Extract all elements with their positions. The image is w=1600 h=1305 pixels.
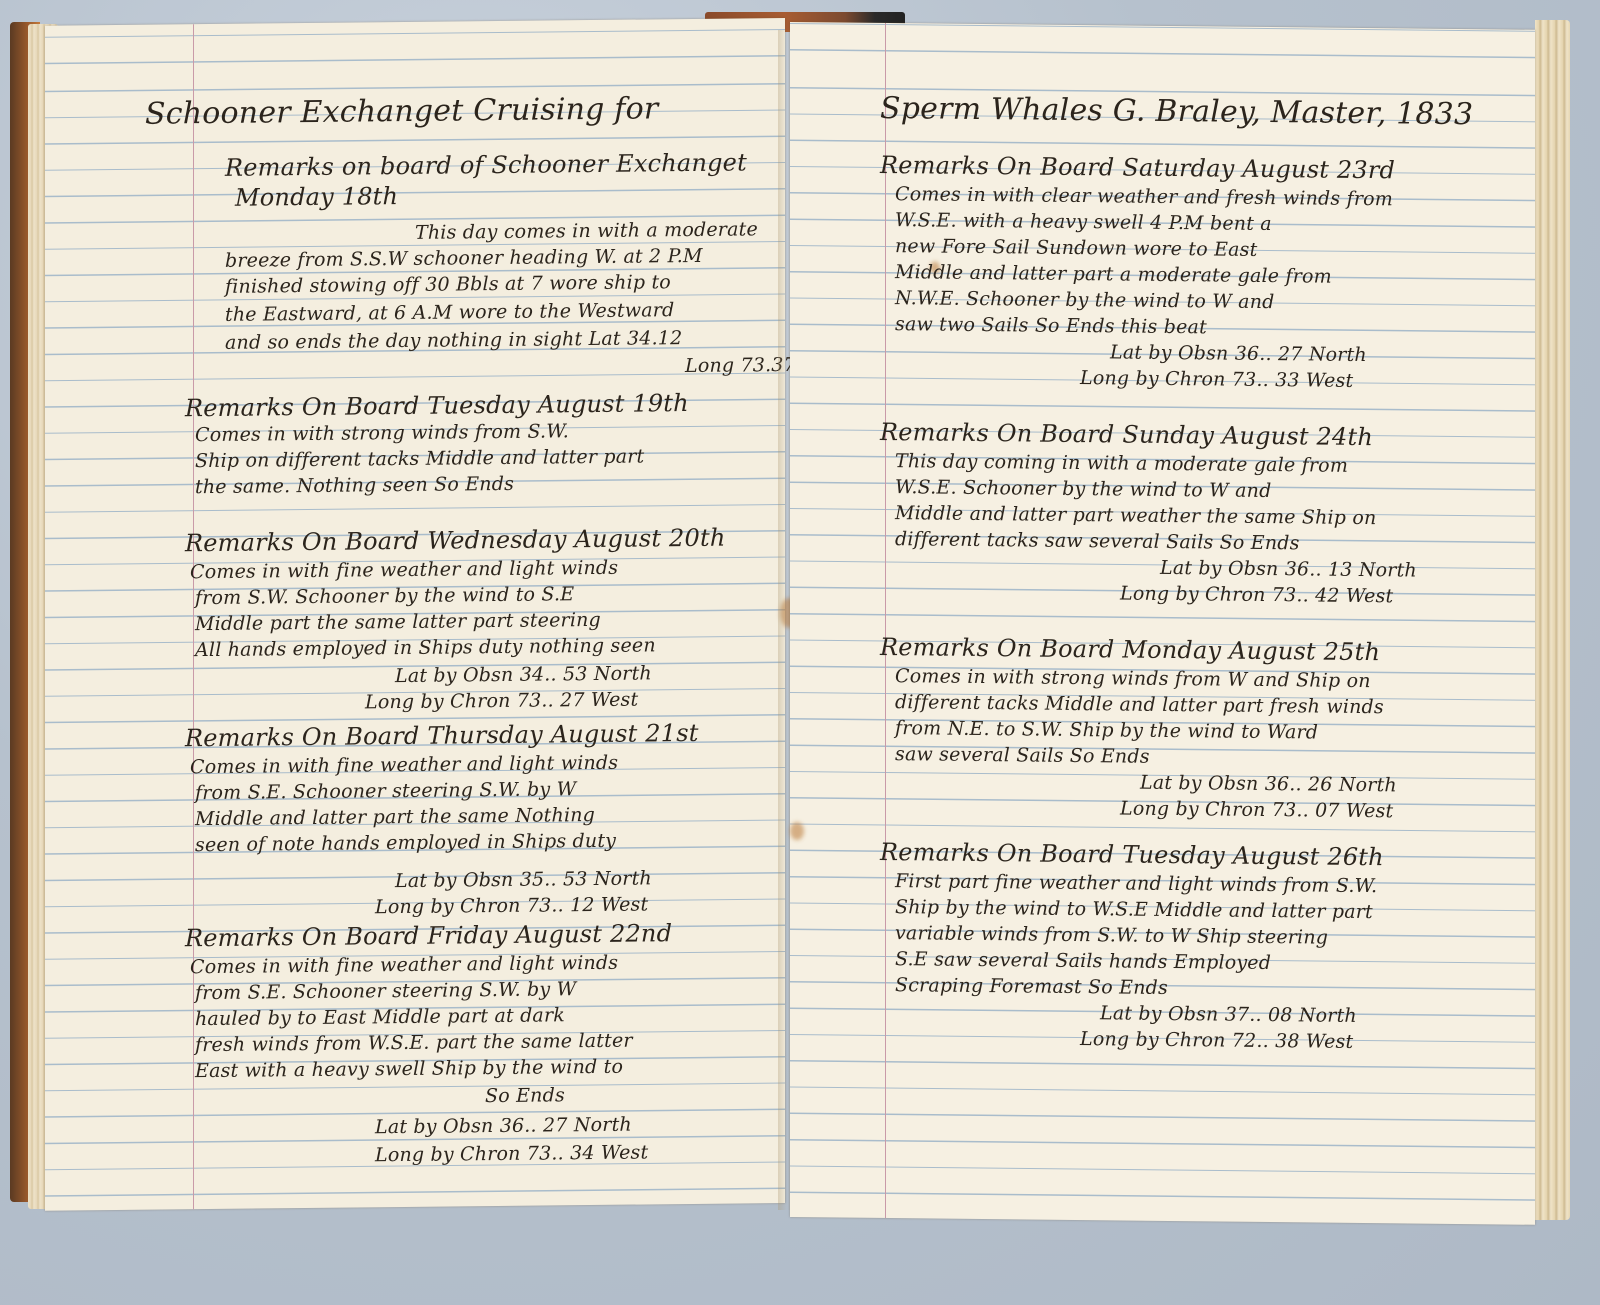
entry-line: seen of note hands employed in Ships dut… bbox=[195, 830, 616, 856]
entry-line: Comes in with clear weather and fresh wi… bbox=[895, 183, 1393, 210]
entry-heading: Remarks On Board Tuesday August 19th bbox=[185, 389, 689, 422]
entry-line: Comes in with fine weather and light win… bbox=[190, 557, 618, 583]
page-header: Schooner Exchanget Cruising for bbox=[145, 91, 658, 131]
margin-line bbox=[885, 23, 886, 1218]
longitude: Long by Chron 73.. 33 West bbox=[1080, 367, 1353, 392]
entry-line: This day comes in with a moderate bbox=[415, 218, 758, 244]
entry-heading: Remarks on board of Schooner Exchanget bbox=[225, 148, 747, 181]
entry-line: finished stowing off 30 Bbls at 7 wore s… bbox=[225, 271, 671, 298]
entry-line: different tacks saw several Sails So End… bbox=[895, 528, 1300, 554]
latitude: Lat by Obsn 36.. 26 North bbox=[1140, 772, 1397, 797]
entry-line: saw several Sails So Ends bbox=[895, 743, 1150, 768]
entry-heading: Remarks On Board Monday August 25th bbox=[880, 633, 1380, 666]
entry-line: So Ends bbox=[485, 1084, 565, 1107]
entry-line: variable winds from S.W. to W Ship steer… bbox=[895, 922, 1328, 949]
longitude: Long by Chron 73.. 42 West bbox=[1120, 582, 1393, 607]
latitude: Lat by Obsn 36.. 13 North bbox=[1160, 557, 1417, 582]
latitude: Lat by Obsn 34.. 53 North bbox=[395, 662, 652, 687]
entry-date: Monday 18th bbox=[235, 182, 398, 212]
longitude: Long by Chron 73.. 07 West bbox=[1120, 797, 1393, 822]
entry-line: Middle and latter part a moderate gale f… bbox=[895, 261, 1332, 288]
entry-heading: Remarks On Board Tuesday August 26th bbox=[880, 838, 1384, 871]
entry-heading: Remarks On Board Wednesday August 20th bbox=[185, 524, 725, 558]
entry-line: W.S.E. with a heavy swell 4 P.M bent a bbox=[895, 209, 1272, 235]
longitude: Long by Chron 73.. 34 West bbox=[375, 1141, 648, 1166]
entry-line: Middle part the same latter part steerin… bbox=[195, 609, 601, 635]
entry-line: breeze from S.S.W schooner heading W. at… bbox=[225, 245, 703, 272]
longitude: Long by Chron 72.. 38 West bbox=[1080, 1028, 1353, 1053]
page-header: Sperm Whales G. Braley, Master, 1833 bbox=[880, 91, 1473, 132]
entry-line: This day coming in with a moderate gale … bbox=[895, 450, 1348, 477]
entry-line: Middle and latter part the same Nothing bbox=[195, 804, 595, 830]
entry-line: Ship on different tacks Middle and latte… bbox=[195, 445, 644, 472]
entry-line: East with a heavy swell Ship by the wind… bbox=[195, 1056, 623, 1082]
entry-line: and so ends the day nothing in sight Lat… bbox=[225, 327, 682, 354]
entry-heading: Remarks On Board Sunday August 24th bbox=[880, 418, 1373, 451]
entry-line: different tacks Middle and latter part f… bbox=[895, 691, 1384, 718]
entry-line: Comes in with fine weather and light win… bbox=[190, 752, 618, 778]
entry-line: from S.W. Schooner by the wind to S.E bbox=[195, 583, 574, 609]
entry-line: S.E saw several Sails hands Employed bbox=[895, 948, 1271, 974]
entry-line: hauled by to East Middle part at dark bbox=[195, 1004, 565, 1030]
entry-heading: Remarks On Board Thursday August 21st bbox=[185, 719, 699, 752]
latitude: Lat by Obsn 35.. 53 North bbox=[395, 867, 652, 892]
longitude: Long by Chron 73.. 12 West bbox=[375, 893, 648, 918]
entry-line: First part fine weather and light winds … bbox=[895, 870, 1377, 897]
entry-heading: Remarks On Board Friday August 22nd bbox=[185, 919, 672, 952]
entry-line: from S.E. Schooner steering S.W. by W bbox=[195, 978, 576, 1004]
entry-line: the Eastward, at 6 A.M wore to the Westw… bbox=[225, 299, 674, 326]
left-page: Schooner Exchanget Cruising for Remarks … bbox=[45, 18, 785, 1211]
entry-line: Comes in with fine weather and light win… bbox=[190, 952, 618, 978]
entry-line: saw two Sails So Ends this beat bbox=[895, 313, 1207, 338]
margin-line bbox=[193, 24, 194, 1209]
right-page: Sperm Whales G. Braley, Master, 1833 Rem… bbox=[790, 22, 1535, 1225]
entry-line: the same. Nothing seen So Ends bbox=[195, 473, 514, 498]
entry-line: new Fore Sail Sundown wore to East bbox=[895, 235, 1257, 261]
entry-line: from N.E. to S.W. Ship by the wind to Wa… bbox=[895, 717, 1318, 743]
entry-line: Ship by the wind to W.S.E Middle and lat… bbox=[895, 896, 1373, 923]
latitude: Lat by Obsn 37.. 08 North bbox=[1100, 1002, 1357, 1027]
entry-line: W.S.E. Schooner by the wind to W and bbox=[895, 476, 1271, 502]
entry-line: N.W.E. Schooner by the wind to W and bbox=[895, 287, 1275, 313]
entry-line: Scraping Foremast So Ends bbox=[895, 974, 1168, 999]
open-logbook: Schooner Exchanget Cruising for Remarks … bbox=[0, 0, 1600, 1305]
entry-line: fresh winds from W.S.E. part the same la… bbox=[195, 1030, 633, 1057]
ink-stain bbox=[790, 822, 804, 840]
entry-line: Comes in with strong winds from S.W. bbox=[195, 420, 569, 446]
latitude: Lat by Obsn 36.. 27 North bbox=[375, 1114, 632, 1139]
page-stack-right bbox=[1535, 20, 1570, 1220]
entry-line: Middle and latter part weather the same … bbox=[895, 502, 1377, 529]
entry-heading: Remarks On Board Saturday August 23rd bbox=[880, 151, 1395, 184]
longitude: Long by Chron 73.. 27 West bbox=[365, 689, 638, 714]
entry-line: All hands employed in Ships duty nothing… bbox=[195, 634, 656, 661]
latitude: Lat by Obsn 36.. 27 North bbox=[1110, 341, 1367, 366]
entry-line: Comes in with strong winds from W and Sh… bbox=[895, 665, 1371, 692]
entry-line: from S.E. Schooner steering S.W. by W bbox=[195, 778, 576, 804]
